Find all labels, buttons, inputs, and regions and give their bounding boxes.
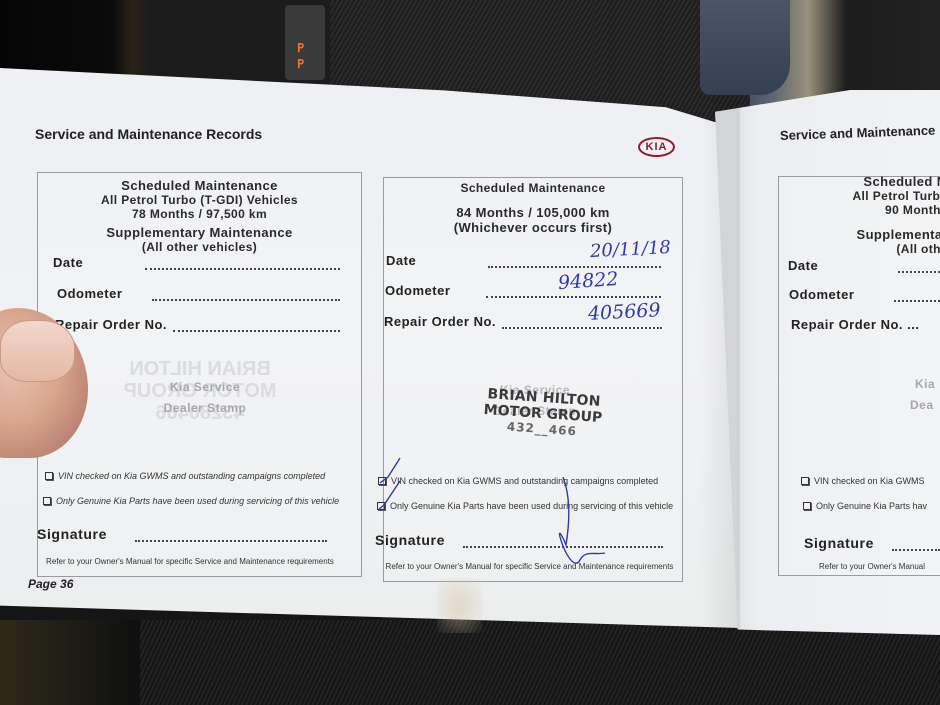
right-genuine-parts-checkbox[interactable]: Only Genuine Kia Parts hav: [803, 501, 927, 511]
dealer-stamp: BRIAN HILTON MOTOR GROUP 432__466: [477, 386, 610, 441]
checkbox-icon[interactable]: [801, 477, 809, 485]
card-header-other: (All other vehicles): [38, 240, 361, 254]
repair-order-label: Repair Order No.: [384, 314, 496, 329]
checkbox-icon[interactable]: [803, 502, 811, 510]
checkbox-icon[interactable]: [45, 472, 53, 480]
card-header-supplementary: Supplementary Maintenance: [38, 225, 361, 240]
booklet-gutter: [700, 100, 740, 630]
right-repair-order-field[interactable]: Repair Order No. ...: [791, 317, 940, 332]
right-date-field[interactable]: Date: [788, 258, 940, 273]
tick-mark-icon: [378, 481, 400, 510]
card-header-title: Scheduled Maintenance: [384, 181, 682, 195]
handwritten-repair-order: 405669: [587, 299, 661, 325]
card-header-interval: 78 Months / 97,500 km: [38, 207, 361, 221]
thumbnail: [0, 320, 75, 382]
tick-mark-icon: [380, 458, 400, 483]
right-signature-field[interactable]: Signature: [804, 535, 940, 551]
right-dealer-stamp-area: Kia Dea: [900, 374, 940, 416]
right-odometer-field[interactable]: Odometer: [789, 287, 940, 302]
repair-order-label: Repair Order No.: [55, 317, 167, 332]
seat-edge: [0, 620, 140, 705]
vin-checked-checkbox[interactable]: VIN checked on Kia GWMS and outstanding …: [45, 471, 325, 481]
genuine-parts-checkbox[interactable]: Only Genuine Kia Parts have been used du…: [43, 496, 339, 506]
card-header-title: Scheduled Maintenance: [38, 178, 361, 193]
odometer-label: Odometer: [385, 283, 450, 298]
kia-logo-icon: KIA: [638, 137, 675, 157]
date-label: Date: [386, 253, 416, 268]
signature-scrawl: [559, 477, 605, 563]
handwritten-odometer: 94822: [557, 268, 619, 294]
right-vin-checked-checkbox[interactable]: VIN checked on Kia GWMS: [801, 476, 925, 486]
dealer-stamp-area: Kia Service Dealer Stamp: [130, 377, 280, 419]
checkbox-icon[interactable]: [43, 497, 51, 505]
odometer-field[interactable]: Odometer: [385, 283, 661, 298]
page-title: Service and Maintenance Records: [35, 126, 262, 142]
handwritten-date: 20/11/18: [590, 237, 672, 262]
repair-order-field[interactable]: Repair Order No.: [55, 317, 340, 332]
page-number: Page 36: [28, 577, 73, 591]
odometer-label: Odometer: [57, 286, 122, 301]
jeans-background: [700, 0, 790, 95]
gear-indicator: PP: [285, 5, 325, 80]
page-stain: [437, 578, 482, 633]
signature-label: Signature: [37, 526, 107, 542]
card-header-subtitle: All Petrol Turbo (T-GDI) Vehicles: [38, 193, 361, 207]
signature-field[interactable]: Signature: [37, 526, 327, 542]
odometer-field[interactable]: Odometer: [57, 286, 340, 301]
handwritten-marks: [370, 455, 700, 585]
footnote: Refer to your Owner's Manual for specifi…: [45, 557, 335, 566]
card-header-interval: 84 Months / 105,000 km: [384, 205, 682, 220]
right-footnote: Refer to your Owner's Manual: [819, 562, 925, 571]
card-header-condition: (Whichever occurs first): [384, 220, 682, 235]
date-field[interactable]: Date: [53, 255, 340, 270]
date-label: Date: [53, 255, 83, 270]
